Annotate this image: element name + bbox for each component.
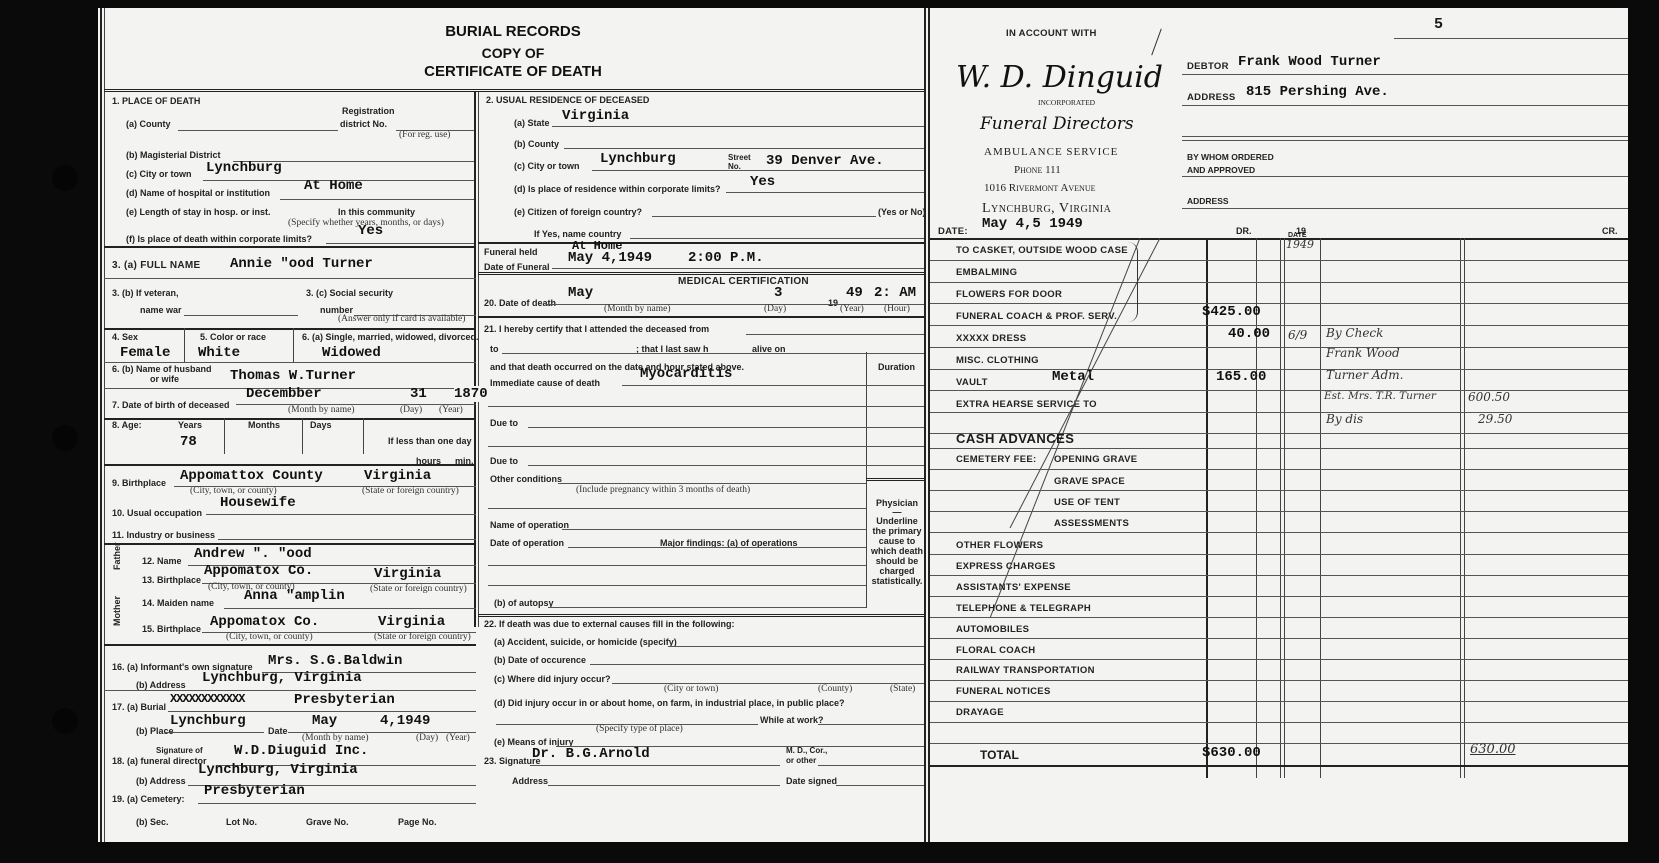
cash-item-label: FLORAL COACH bbox=[956, 645, 1035, 656]
director-address-label: (b) Address bbox=[136, 776, 186, 786]
dob-month-note: (Month by name) bbox=[288, 405, 355, 415]
company-phone: Phone 111 bbox=[1014, 164, 1061, 176]
cash-advances-heading: CASH ADVANCES bbox=[956, 431, 1074, 446]
immediate-cause-value: Myocarditis bbox=[640, 366, 732, 382]
industry-label: 11. Industry or business bbox=[112, 530, 215, 540]
father-name-value: Andrew ". "ood bbox=[194, 546, 312, 562]
debtor-address-label: ADDRESS bbox=[1187, 92, 1236, 103]
veteran-label: 3. (b) If veteran, bbox=[112, 288, 179, 298]
months-label: Months bbox=[248, 420, 280, 430]
certify-to-label: to bbox=[490, 344, 499, 354]
director-address-value: Lynchburg, Virginia bbox=[198, 762, 358, 778]
death-year-note: (Year) bbox=[840, 304, 864, 314]
punch-hole-bottom bbox=[52, 708, 78, 734]
external-causes-label: 22. If death was due to external causes … bbox=[484, 619, 735, 629]
accident-label: (a) Accident, suicide, or homicide (spec… bbox=[494, 637, 677, 647]
hospital-value: At Home bbox=[304, 178, 363, 194]
mother-city-note: (City, town, or county) bbox=[226, 632, 313, 642]
maiden-label: 14. Maiden name bbox=[142, 598, 214, 608]
ledger-item-amount: $425.00 bbox=[1202, 304, 1261, 320]
birthplace-city: Appomattox County bbox=[180, 468, 323, 484]
in-account-with: IN ACCOUNT WITH bbox=[1006, 28, 1097, 39]
burial-date-day-year: 4,1949 bbox=[380, 713, 430, 729]
dob-day-note: (Day) bbox=[400, 405, 422, 415]
cash-item-label: ASSESSMENTS bbox=[1054, 518, 1129, 529]
or-other-label: or other bbox=[786, 756, 816, 765]
father-birthplace-label: 13. Birthplace bbox=[142, 575, 201, 585]
company-name: W. D. Dinguid bbox=[956, 60, 1163, 95]
age-years-value: 78 bbox=[180, 434, 197, 450]
total-credit-value: 630.00 bbox=[1470, 742, 1516, 757]
cash-item-label: GRAVE SPACE bbox=[1054, 476, 1125, 487]
spouse-label: 6. (b) Name of husband bbox=[112, 364, 212, 374]
dr-label: DR. bbox=[1236, 226, 1252, 236]
hospital-label: (d) Name of hospital or institution bbox=[126, 188, 270, 198]
residence-city-label: (c) City or town bbox=[514, 161, 580, 171]
residence-state-value: Virginia bbox=[562, 108, 629, 124]
date-label: DATE: bbox=[938, 226, 968, 237]
full-name-value: Annie "ood Turner bbox=[230, 256, 373, 272]
spouse-label-2: or wife bbox=[150, 374, 179, 384]
burial-struck-value: XXXXXXXXXXXX bbox=[170, 692, 244, 706]
due-to-label-2: Due to bbox=[490, 456, 518, 466]
autopsy-label: (b) of autopsy bbox=[494, 598, 554, 608]
cash-item-label: DRAYAGE bbox=[956, 707, 1004, 718]
death-day-value: 3 bbox=[774, 285, 782, 301]
physician-note-line: statistically. bbox=[868, 576, 926, 586]
death-day-note: (Day) bbox=[764, 304, 786, 314]
date-signed-label: Date signed bbox=[786, 776, 837, 786]
injury-city-note: (City or town) bbox=[664, 684, 718, 694]
debtor-value: Frank Wood Turner bbox=[1238, 54, 1381, 70]
death-corporate-label: (f) Is place of death within corporate l… bbox=[126, 234, 312, 244]
burial-record-sheet: BURIAL RECORDS COPY OF CERTIFICATE OF DE… bbox=[98, 8, 1628, 842]
dob-month: Decembber bbox=[246, 386, 322, 402]
punch-hole-middle bbox=[52, 425, 78, 451]
physician-note-line: should be bbox=[868, 556, 926, 566]
citizen-note: (Yes or No) bbox=[878, 207, 926, 217]
burial-day-note: (Day) bbox=[416, 733, 438, 743]
ambulance-label: AMBULANCE SERVICE bbox=[984, 146, 1118, 158]
duration-label: Duration bbox=[878, 362, 915, 372]
cash-item-label: TELEPHONE & TELEGRAPH bbox=[956, 603, 1091, 614]
ledger-credit-note: Est. Mrs. T.R. Turner bbox=[1324, 390, 1436, 402]
funeral-held-label: Funeral held bbox=[484, 247, 538, 257]
burial-place-label: (b) Place bbox=[136, 726, 174, 736]
cash-item-label: ASSISTANTS' EXPENSE bbox=[956, 582, 1071, 593]
debtor-label: DEBTOR bbox=[1187, 61, 1229, 72]
residence-street-value: 39 Denver Ave. bbox=[766, 153, 884, 169]
sex-label: 4. Sex bbox=[112, 332, 138, 342]
cash-item-label: RAILWAY TRANSPORTATION bbox=[956, 665, 1095, 676]
certificate-title-line3: CERTIFICATE OF DEATH bbox=[378, 63, 648, 80]
sex-value: Female bbox=[120, 345, 170, 361]
company-city: Lynchburg, Virginia bbox=[982, 201, 1111, 217]
street-no-label: No. bbox=[728, 162, 741, 171]
registration-label: Registration bbox=[342, 106, 395, 116]
father-birthplace-city: Appomatox Co. bbox=[204, 563, 313, 579]
dob-day: 31 bbox=[410, 386, 427, 402]
funeral-date-value: May 4,1949 bbox=[568, 250, 652, 266]
dob-label: 7. Date of birth of deceased bbox=[112, 400, 230, 410]
approved-label: AND APPROVED bbox=[1187, 165, 1255, 175]
burial-value: Presbyterian bbox=[294, 692, 395, 708]
war-label: name war bbox=[140, 305, 182, 315]
ledger-credit-note: By Check bbox=[1326, 326, 1383, 340]
residence-corporate-value: Yes bbox=[750, 174, 775, 190]
death-city-value: Lynchburg bbox=[206, 160, 282, 176]
marital-value: Widowed bbox=[322, 345, 381, 361]
funeral-date-label: Date of Funeral bbox=[484, 262, 550, 272]
informant-address-value: Lynchburg, Virginia bbox=[202, 670, 362, 686]
birthplace-state-note: (State or foreign country) bbox=[362, 486, 459, 496]
physician-note-line: cause to bbox=[868, 536, 926, 546]
check-mark-icon bbox=[1151, 29, 1162, 56]
physician-note-line: charged bbox=[868, 566, 926, 576]
residence-county-label: (b) County bbox=[514, 139, 559, 149]
father-birthplace-state: Virginia bbox=[374, 566, 441, 582]
father-state-note: (State or foreign country) bbox=[370, 584, 467, 594]
date-column-year: 1949 bbox=[1286, 238, 1314, 251]
cash-item-label: FUNERAL NOTICES bbox=[956, 686, 1051, 697]
marital-label: 6. (a) Single, married, widowed, divorce… bbox=[302, 332, 479, 342]
residence-city-value: Lynchburg bbox=[600, 151, 676, 167]
cash-item-label: OPENING GRAVE bbox=[1054, 454, 1137, 465]
less-day-label: If less than one day bbox=[388, 436, 472, 446]
occupation-value: Housewife bbox=[220, 495, 296, 511]
mother-birthplace-state: Virginia bbox=[378, 614, 445, 630]
street-label: Street bbox=[728, 153, 751, 162]
death-month-note: (Month by name) bbox=[604, 304, 671, 314]
burial-place-value: Lynchburg bbox=[170, 713, 246, 729]
ledger-item-amount: 40.00 bbox=[1228, 326, 1270, 342]
ledger-credit-note: By dis bbox=[1326, 412, 1363, 426]
certificate-title-line1: BURIAL RECORDS bbox=[398, 23, 628, 40]
community-label: In this community bbox=[338, 207, 415, 217]
death-year-prefix: 19 bbox=[828, 298, 838, 308]
other-conditions-label: Other conditions bbox=[490, 474, 562, 484]
injury-place-label: (d) Did injury occur in or about home, o… bbox=[494, 698, 845, 708]
medical-heading: MEDICAL CERTIFICATION bbox=[678, 276, 809, 287]
total-label: TOTAL bbox=[980, 748, 1019, 762]
county-label: (a) County bbox=[126, 119, 171, 129]
mother-birthplace-city: Appomatox Co. bbox=[210, 614, 319, 630]
ordered-label: BY WHOM ORDERED bbox=[1187, 152, 1274, 162]
mother-side-label: Mother bbox=[112, 596, 122, 626]
cr-label: CR. bbox=[1602, 226, 1618, 236]
death-corporate-value: Yes bbox=[358, 223, 383, 239]
injury-state-note: (State) bbox=[890, 684, 915, 694]
ledger-item-amount: 165.00 bbox=[1216, 369, 1266, 385]
sec-label: (b) Sec. bbox=[136, 817, 169, 827]
residence-heading: 2. USUAL RESIDENCE OF DECEASED bbox=[486, 95, 649, 105]
mother-birthplace-label: 15. Birthplace bbox=[142, 624, 201, 634]
cash-item-label: OTHER FLOWERS bbox=[956, 540, 1043, 551]
birthplace-label: 9. Birthplace bbox=[112, 478, 166, 488]
cash-item-label: USE OF TENT bbox=[1054, 497, 1120, 508]
stay-label: (e) Length of stay in hosp. or inst. bbox=[126, 207, 271, 217]
reg-use-note: (For reg. use) bbox=[399, 130, 450, 140]
operation-label: Name of operation bbox=[490, 520, 569, 530]
cemetery-label: 19. (a) Cemetery: bbox=[112, 794, 185, 804]
father-name-label: 12. Name bbox=[142, 556, 182, 566]
physician-note-line: — bbox=[868, 508, 926, 516]
burial-month-note: (Month by name) bbox=[302, 733, 369, 743]
physician-signature-value: Dr. B.G.Arnold bbox=[532, 746, 650, 762]
date-value: May 4,5 1949 bbox=[982, 216, 1083, 232]
injury-county-note: (County) bbox=[818, 684, 852, 694]
physician-note: Physician — Underline the primary cause … bbox=[868, 498, 926, 586]
immediate-cause-label: Immediate cause of death bbox=[490, 378, 600, 388]
incorporated-label: INCORPORATED bbox=[1038, 98, 1095, 107]
spouse-value: Thomas W.Turner bbox=[230, 368, 356, 384]
other-conditions-note: (Include pregnancy within 3 months of de… bbox=[576, 485, 750, 495]
death-hour-note: (Hour) bbox=[884, 304, 910, 314]
certify-label: 21. I hereby certify that I attended the… bbox=[484, 324, 709, 334]
days-label: Days bbox=[310, 420, 332, 430]
grave-label: Grave No. bbox=[306, 817, 349, 827]
lot-label: Lot No. bbox=[226, 817, 257, 827]
director-value: W.D.Diuguid Inc. bbox=[234, 743, 368, 759]
ledger-credit-date: 6/9 bbox=[1288, 328, 1307, 342]
cemetery-fee-label: CEMETERY FEE: bbox=[956, 454, 1036, 465]
page-label: Page No. bbox=[398, 817, 437, 827]
occurrence-label: (b) Date of occurence bbox=[494, 655, 586, 665]
death-date-label: 20. Date of death bbox=[484, 298, 556, 308]
md-label: M. D., Cor., bbox=[786, 746, 827, 755]
burial-year-note: (Year) bbox=[446, 733, 470, 743]
years-label: Years bbox=[178, 420, 202, 430]
full-name-label: 3. (a) FULL NAME bbox=[112, 260, 201, 271]
physician-address-label: Address bbox=[512, 776, 548, 786]
burial-date-label: Date bbox=[268, 726, 288, 736]
cemetery-value: Presbyterian bbox=[204, 783, 305, 799]
informant-value: Mrs. S.G.Baldwin bbox=[268, 653, 402, 669]
country-label: If Yes, name country bbox=[534, 229, 621, 239]
ledger-credit-amount: 600.50 bbox=[1468, 390, 1510, 404]
race-value: White bbox=[198, 345, 240, 361]
certificate-title-line2: COPY OF bbox=[398, 45, 628, 61]
while-at-work-label: While at work? bbox=[760, 715, 824, 725]
father-side-label: Father bbox=[112, 542, 122, 570]
citizen-label: (e) Citizen of foreign country? bbox=[514, 207, 642, 217]
director-label-2: 18. (a) funeral director bbox=[112, 756, 207, 766]
ordered-address-label: ADDRESS bbox=[1187, 196, 1229, 206]
ledger-credit-note: Turner Adm. bbox=[1326, 368, 1403, 382]
punch-hole-top bbox=[52, 165, 78, 191]
physician-note-line: Underline bbox=[868, 516, 926, 526]
ssn-label: 3. (c) Social security bbox=[306, 288, 393, 298]
page-number: 5 bbox=[1434, 16, 1443, 33]
birthplace-state: Virginia bbox=[364, 468, 431, 484]
place-of-death-heading: 1. PLACE OF DEATH bbox=[112, 96, 200, 106]
death-hour-value: 2: AM bbox=[874, 285, 916, 301]
maiden-value: Anna "amplin bbox=[244, 588, 345, 604]
residence-state-label: (a) State bbox=[514, 118, 550, 128]
burial-date-month: May bbox=[312, 713, 337, 729]
mother-state-note: (State or foreign country) bbox=[374, 632, 471, 642]
magisterial-label: (b) Magisterial District bbox=[126, 150, 221, 160]
occupation-label: 10. Usual occupation bbox=[112, 508, 202, 518]
cash-item-label: EXPRESS CHARGES bbox=[956, 561, 1056, 572]
residence-corporate-label: (d) Is place of residence within corpora… bbox=[514, 184, 721, 194]
funeral-time-value: 2:00 P.M. bbox=[688, 250, 764, 266]
death-month-value: May bbox=[568, 285, 593, 301]
ledger-credit-amount: 29.50 bbox=[1478, 412, 1512, 426]
director-label: Signature of bbox=[156, 746, 203, 755]
race-label: 5. Color or race bbox=[200, 332, 266, 342]
cash-item-label: AUTOMOBILES bbox=[956, 624, 1029, 635]
dob-year: 1870 bbox=[454, 386, 488, 402]
due-to-label-1: Due to bbox=[490, 418, 518, 428]
company-street: 1016 Rivermont Avenue bbox=[984, 182, 1096, 194]
informant-address-label: (b) Address bbox=[136, 680, 186, 690]
ssn-note: (Answer only if card is available) bbox=[338, 314, 465, 324]
district-no-label: district No. bbox=[340, 119, 387, 129]
place-type-note: (Specify type of place) bbox=[596, 724, 683, 734]
physician-note-line: which death bbox=[868, 546, 926, 556]
debtor-address-value: 815 Pershing Ave. bbox=[1246, 84, 1389, 100]
where-injury-label: (c) Where did injury occur? bbox=[494, 674, 611, 684]
company-tagline: Funeral Directors bbox=[980, 114, 1134, 134]
burial-label: 17. (a) Burial bbox=[112, 702, 166, 712]
death-city-label: (c) City or town bbox=[126, 169, 192, 179]
physician-note-line: the primary bbox=[868, 526, 926, 536]
total-value: $630.00 bbox=[1202, 745, 1261, 761]
age-label: 8. Age: bbox=[112, 420, 142, 430]
death-year-value: 49 bbox=[846, 285, 863, 301]
operation-date-label: Date of operation bbox=[490, 538, 564, 548]
ledger-credit-note: Frank Wood bbox=[1326, 346, 1400, 360]
dob-year-note: (Year) bbox=[439, 405, 463, 415]
